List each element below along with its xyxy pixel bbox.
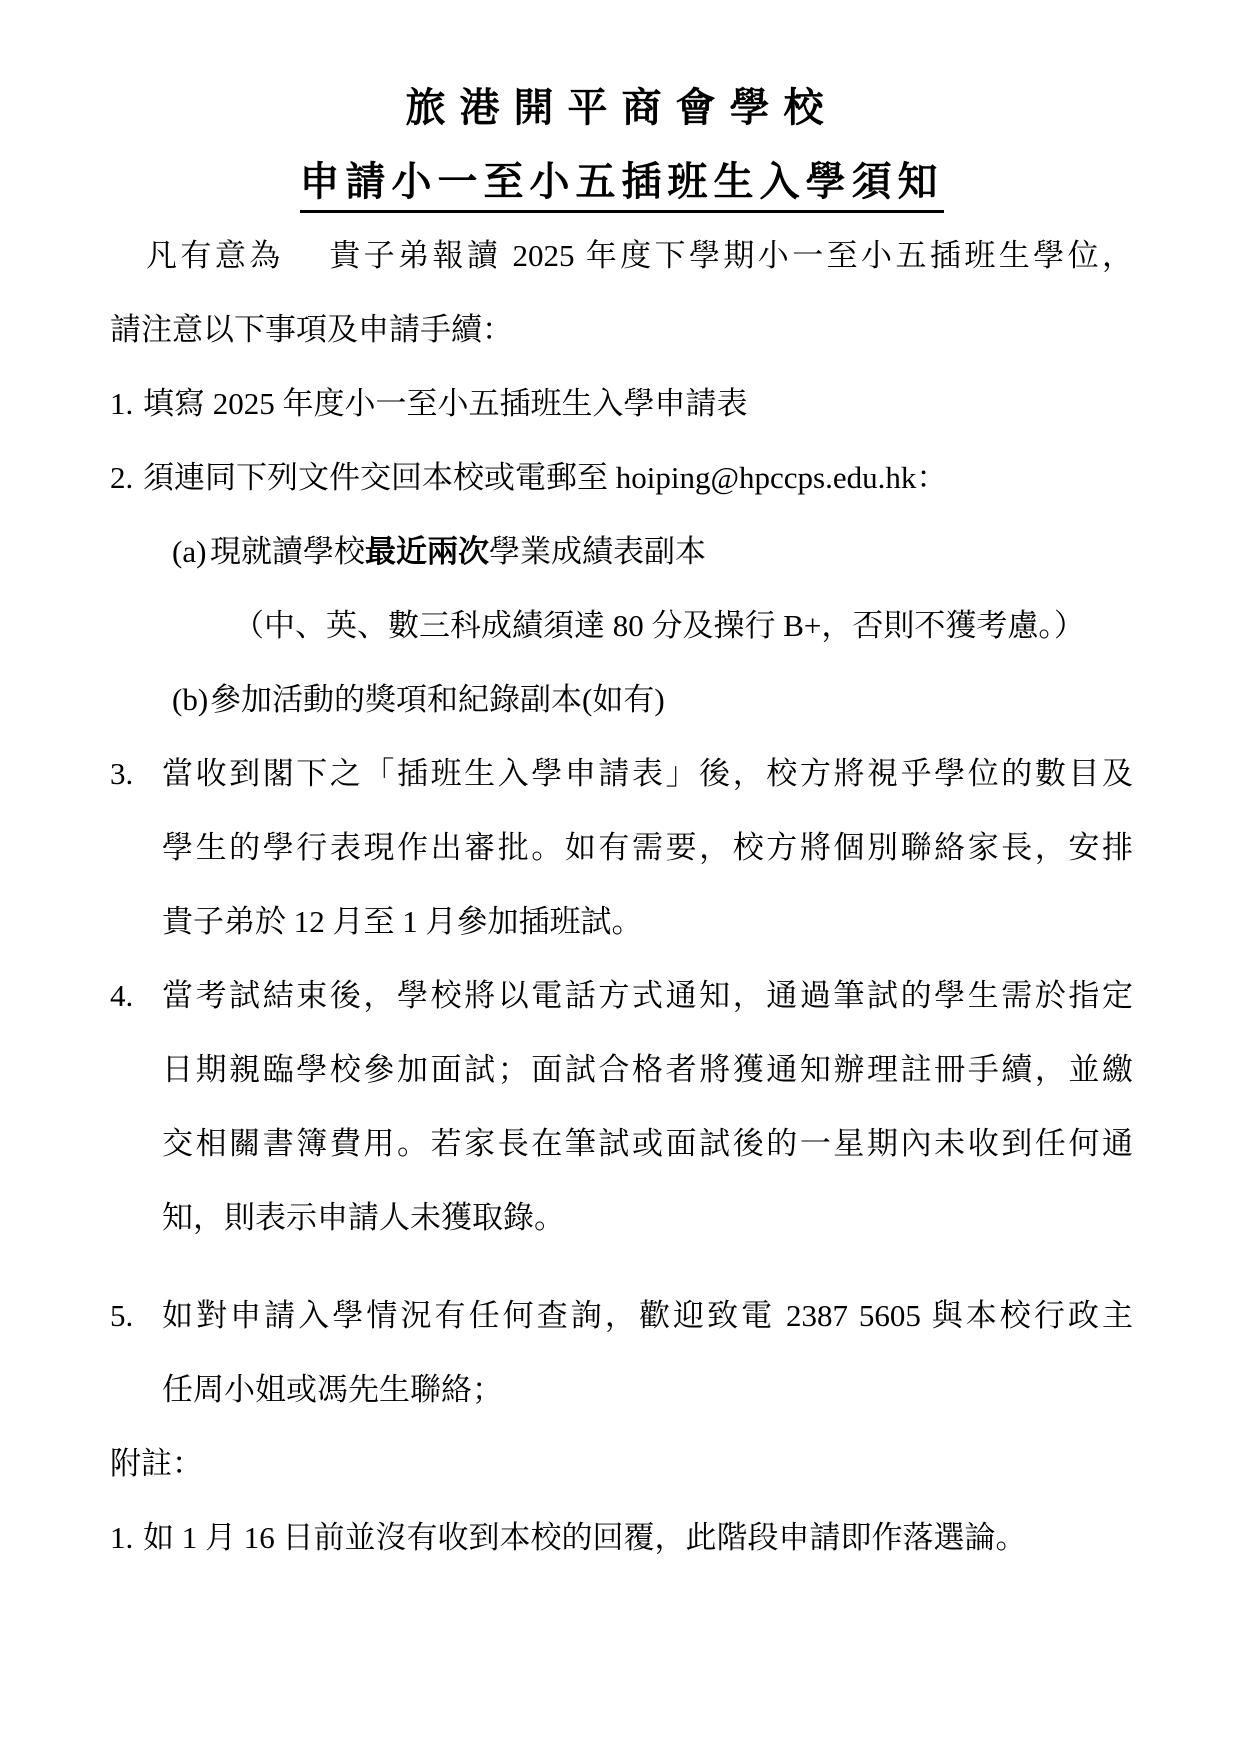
item-2a: (a)現就讀學校最近兩次學業成績表副本 xyxy=(110,515,1133,589)
item-2a-text-post: 學業成績表副本 xyxy=(489,534,706,569)
item-2a-note: （中、英、數三科成績須達 80 分及操行 B+，否則不獲考慮。） xyxy=(110,589,1133,663)
item-4-line-1: 4.當考試結束後，學校將以電話方式通知，通過筆試的學生需於指定 xyxy=(110,959,1133,1033)
item-3-line-3: 貴子弟於 12 月至 1 月參加插班試。 xyxy=(110,885,1133,959)
item-1-text: 填寫 2025 年度小一至小五插班生入學申請表 xyxy=(143,386,748,421)
item-5-number: 5. xyxy=(110,1279,133,1353)
item-2b-text: 參加活動的獎項和紀錄副本(如有) xyxy=(210,682,665,717)
item-3-text-1: 當收到閣下之「插班生入學申請表」後，校方將視乎學位的數目及 xyxy=(162,756,1133,791)
note-1-number: 1. xyxy=(110,1501,143,1575)
item-2-number: 2. xyxy=(110,441,143,515)
item-1-number: 1. xyxy=(110,367,143,441)
item-2a-text-bold: 最近兩次 xyxy=(365,534,489,569)
notes-heading: 附註： xyxy=(110,1427,1133,1501)
item-5-text-1: 如對申請入學情況有任何查詢，歡迎致電 2387 5605 與本校行政主 xyxy=(162,1298,1133,1333)
item-3-line-2: 學生的學行表現作出審批。如有需要，校方將個別聯絡家長，安排 xyxy=(110,811,1133,885)
item-2-text: 須連同下列文件交回本校或電郵至 hoiping@hpccps.edu.hk： xyxy=(143,460,947,495)
note-1: 1.如 1 月 16 日前並沒有收到本校的回覆，此階段申請即作落選論。 xyxy=(110,1501,1133,1575)
item-1: 1.填寫 2025 年度小一至小五插班生入學申請表 xyxy=(110,367,1133,441)
note-1-text: 如 1 月 16 日前並沒有收到本校的回覆，此階段申請即作落選論。 xyxy=(143,1520,1027,1555)
item-4-line-3: 交相關書簿費用。若家長在筆試或面試後的一星期內未收到任何通 xyxy=(110,1107,1133,1181)
notice-title: 申請小一至小五插班生入學須知 xyxy=(300,159,944,213)
item-2: 2.須連同下列文件交回本校或電郵至 hoiping@hpccps.edu.hk： xyxy=(110,441,1133,515)
document-content: 旅港開平商會學校 申請小一至小五插班生入學須知 凡有意為 貴子弟報讀 2025 … xyxy=(110,71,1133,1575)
item-2a-label: (a) xyxy=(172,515,210,589)
item-4-line-4: 知，則表示申請人未獲取錄。 xyxy=(110,1181,1133,1255)
document-page: 旅港開平商會學校 申請小一至小五插班生入學須知 凡有意為 貴子弟報讀 2025 … xyxy=(0,0,1241,1755)
item-4-number: 4. xyxy=(110,959,133,1033)
intro-line-1: 凡有意為 貴子弟報讀 2025 年度下學期小一至小五插班生學位， xyxy=(110,219,1133,293)
item-5-line-2: 任周小姐或馮先生聯絡； xyxy=(110,1353,1133,1427)
item-4-text-1: 當考試結束後，學校將以電話方式通知，通過筆試的學生需於指定 xyxy=(162,978,1133,1013)
item-2b-label: (b) xyxy=(172,663,210,737)
item-2a-text-pre: 現就讀學校 xyxy=(210,534,365,569)
item-3-number: 3. xyxy=(110,737,133,811)
item-5-line-1: 5.如對申請入學情況有任何查詢，歡迎致電 2387 5605 與本校行政主 xyxy=(110,1279,1133,1353)
notice-title-line: 申請小一至小五插班生入學須知 xyxy=(110,145,1133,219)
intro-line-2: 請注意以下事項及申請手續： xyxy=(110,293,1133,367)
item-4-line-2: 日期親臨學校參加面試；面試合格者將獲通知辦理註冊手續，並繳 xyxy=(110,1033,1133,1107)
school-name: 旅港開平商會學校 xyxy=(110,71,1133,145)
item-2b: (b)參加活動的獎項和紀錄副本(如有) xyxy=(110,663,1133,737)
item-3-line-1: 3.當收到閣下之「插班生入學申請表」後，校方將視乎學位的數目及 xyxy=(110,737,1133,811)
